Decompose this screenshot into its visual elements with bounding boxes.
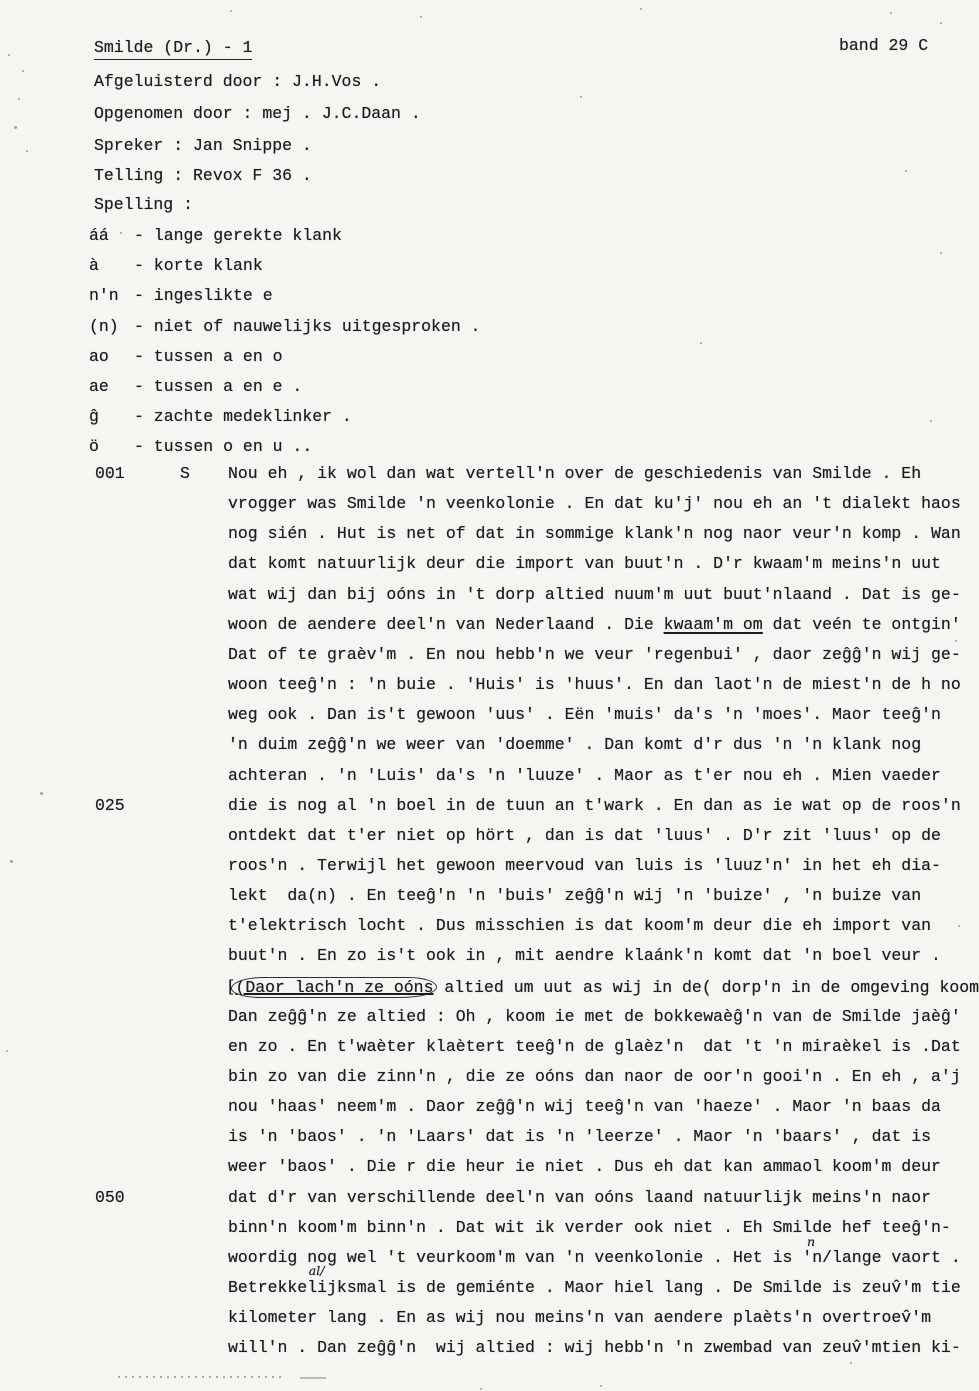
metadata-line: Opgenomen door : mej . J.C.Daan . xyxy=(94,104,421,123)
line-number: 025 xyxy=(95,796,125,815)
scan-speck xyxy=(10,860,13,863)
line-text-segment: Dat of te graèv'm . En nou hebb'n we veu… xyxy=(228,645,961,664)
transcript-line: woon teeĝ'n : 'n buie . 'Huis' is 'huus'… xyxy=(0,675,979,705)
line-text-segment: is 'n 'baos' . 'n 'Laars' dat is 'n 'lee… xyxy=(228,1127,931,1146)
line-text: t'elektrisch locht . Dus misschien is da… xyxy=(228,916,931,935)
scan-speck xyxy=(850,1362,852,1364)
legend-description: - korte klank xyxy=(134,256,263,275)
line-text: 'n duim zeĝĝ'n we weer van 'doemme' . Da… xyxy=(228,735,921,754)
transcript-line: t'elektrisch locht . Dus misschien is da… xyxy=(0,916,979,946)
line-text: dat komt natuurlijk deur die import van … xyxy=(228,554,941,573)
document-title: Smilde (Dr.) - 1 xyxy=(94,38,252,60)
band-label: band 29 C xyxy=(839,36,928,55)
line-text-segment: Nou eh , ik wol dan wat vertell'n over d… xyxy=(228,464,921,483)
scan-speck xyxy=(18,98,20,100)
transcript-line: Dan zeĝĝ'n ze altied : Oh , koom ie met … xyxy=(0,1007,979,1037)
transcript-line: nou 'haas' neem'm . Daor zeĝĝ'n wij teeĝ… xyxy=(0,1097,979,1127)
line-text-segment: die is nog al 'n boel in de tuun an t'wa… xyxy=(228,796,961,815)
transcript-line: weg ook . Dan is't gewoon 'uus' . Eën 'm… xyxy=(0,705,979,735)
scan-speck xyxy=(890,12,892,14)
transcript-line: vrogger was Smilde 'n veenkolonie . En d… xyxy=(0,494,979,524)
line-text: die is nog al 'n boel in de tuun an t'wa… xyxy=(228,796,961,815)
circled-phrase: (Daor lach'n ze oóns xyxy=(231,977,437,998)
line-text-segment: ontdekt dat t'er niet op hört , dan is d… xyxy=(228,826,941,845)
line-number: 001 xyxy=(95,464,125,483)
legend-row: (n)- niet of nauwelijks uitgesproken . xyxy=(0,317,979,347)
legend-description: - ingeslikte e xyxy=(134,286,273,305)
line-text-segment: 'n duim zeĝĝ'n we weer van 'doemme' . Da… xyxy=(228,735,921,754)
scan-speck xyxy=(955,640,957,642)
legend-symbol: à xyxy=(89,256,99,275)
metadata-line: Spelling : xyxy=(94,195,193,214)
transcript-line: wat wij dan bij oóns in 't dorp altied n… xyxy=(0,585,979,615)
line-text: woon teeĝ'n : 'n buie . 'Huis' is 'huus'… xyxy=(228,675,961,694)
transcript-line: dat komt natuurlijk deur die import van … xyxy=(0,554,979,584)
scan-speck xyxy=(640,8,642,10)
handwritten-insertion-note: n xyxy=(807,1234,815,1249)
metadata-line: Telling : Revox F 36 . xyxy=(94,166,312,185)
transcript-line: weer 'baos' . Die r die heur ie niet . D… xyxy=(0,1157,979,1187)
line-text: will'n . Dan zeĝĝ'n wij altied : wij heb… xyxy=(228,1338,961,1357)
scanned-document-page: Smilde (Dr.) - 1 band 29 C Afgeluisterd … xyxy=(0,0,979,1391)
legend-row: áá- lange gerekte klank xyxy=(0,226,979,256)
legend-row: ĝ- zachte medeklinker . xyxy=(0,407,979,437)
line-text: nog sién . Hut is net of dat in sommige … xyxy=(228,524,961,543)
legend-row: ö- tussen o en u .. xyxy=(0,437,979,467)
line-text: [(Daor lach'n ze oóns altied um uut as w… xyxy=(228,977,979,998)
line-text-segment: hef teeĝ'n- xyxy=(832,1218,951,1237)
scan-speck xyxy=(700,342,702,344)
line-text-segment: roos'n . Terwijl het gewoon meervoud van… xyxy=(228,856,941,875)
metadata-line: Afgeluisterd door : J.H.Vos . xyxy=(94,72,381,91)
line-text: woordig nog wel 't veurkoom'm van 'n vee… xyxy=(228,1248,961,1267)
line-text-segment: kilometer lang . En as wij nou meins'n v… xyxy=(228,1308,931,1327)
transcript-line: buut'n . En zo is't ook in , mit aendre … xyxy=(0,946,979,976)
transcript-line: ontdekt dat t'er niet op hört , dan is d… xyxy=(0,826,979,856)
transcript-line: 'n duim zeĝĝ'n we weer van 'doemme' . Da… xyxy=(0,735,979,765)
line-text: Dan zeĝĝ'n ze altied : Oh , koom ie met … xyxy=(228,1007,961,1026)
line-text: wat wij dan bij oóns in 't dorp altied n… xyxy=(228,585,961,604)
scan-speck xyxy=(40,792,43,795)
legend-description: - lange gerekte klank xyxy=(134,226,342,245)
scan-speck xyxy=(6,1050,8,1052)
transcript-line: Dat of te graèv'm . En nou hebb'n we veu… xyxy=(0,645,979,675)
line-text: buut'n . En zo is't ook in , mit aendre … xyxy=(228,946,941,965)
line-text-segment: woon teeĝ'n : 'n buie . 'Huis' is 'huus'… xyxy=(228,675,961,694)
scan-speck xyxy=(420,16,422,18)
scan-speck xyxy=(940,252,942,254)
transcript-line: 025die is nog al 'n boel in de tuun an t… xyxy=(0,796,979,826)
line-text: Nou eh , ik wol dan wat vertell'n over d… xyxy=(228,464,921,483)
line-text-segment: dat veén te ontgin' xyxy=(763,615,961,634)
line-text-segment: smal is de gemiénte . Maor hiel lang . D… xyxy=(347,1278,961,1297)
scan-noise-dash xyxy=(300,1377,326,1379)
line-text-segment: bin zo van die zinn'n , die ze oóns dan … xyxy=(228,1067,961,1086)
line-text-segment: dat komt natuurlijk deur die import van … xyxy=(228,554,941,573)
scan-speck xyxy=(26,150,28,152)
line-text: Betrekkelijkal/smal is de gemiénte . Mao… xyxy=(228,1278,961,1297)
transcript-line: bin zo van die zinn'n , die ze oóns dan … xyxy=(0,1067,979,1097)
line-text-segment: t'elektrisch locht . Dus misschien is da… xyxy=(228,916,931,935)
legend-description: - tussen a en o xyxy=(134,347,283,366)
line-text: is 'n 'baos' . 'n 'Laars' dat is 'n 'lee… xyxy=(228,1127,931,1146)
line-text-segment: achteran . 'n 'Luis' da's 'n 'luuze' . M… xyxy=(228,766,941,785)
line-text-segment: woordig nog wel 't veurkoom'm van 'n vee… xyxy=(228,1248,961,1267)
transcript-line: will'n . Dan zeĝĝ'n wij altied : wij heb… xyxy=(0,1338,979,1368)
scan-speck xyxy=(14,126,17,129)
transcript-line: 050dat d'r van verschillende deel'n van … xyxy=(0,1188,979,1218)
transcript-line: lekt da(n) . En teeĝ'n 'n 'buis' zeĝĝ'n … xyxy=(0,886,979,916)
scan-speck xyxy=(580,96,582,98)
transcript-line: achteran . 'n 'Luis' da's 'n 'luuze' . M… xyxy=(0,766,979,796)
line-text-segment: Dan zeĝĝ'n ze altied : Oh , koom ie met … xyxy=(228,1007,961,1026)
line-text-segment: weg ook . Dan is't gewoon 'uus' . Eën 'm… xyxy=(228,705,941,724)
line-text-segment: vrogger was Smilde 'n veenkolonie . En d… xyxy=(228,494,961,513)
line-text-segment: nog sién . Hut is net of dat in sommige … xyxy=(228,524,961,543)
transcript-line: en zo . En t'waèter klaètert teeĝ'n de g… xyxy=(0,1037,979,1067)
line-text-segment: Betrekkelijkal/ xyxy=(228,1278,347,1297)
line-text: weg ook . Dan is't gewoon 'uus' . Eën 'm… xyxy=(228,705,941,724)
legend-row: n'n- ingeslikte e xyxy=(0,286,979,316)
scan-speck xyxy=(120,232,122,234)
line-text: kilometer lang . En as wij nou meins'n v… xyxy=(228,1308,931,1327)
legend-row: ao- tussen a en o xyxy=(0,347,979,377)
scan-speck xyxy=(300,475,302,477)
legend-row: à- korte klank xyxy=(0,256,979,286)
transcript-line: nog sién . Hut is net of dat in sommige … xyxy=(0,524,979,554)
legend-row: ae- tussen a en e . xyxy=(0,377,979,407)
line-text: Dat of te graèv'm . En nou hebb'n we veu… xyxy=(228,645,961,664)
scan-speck xyxy=(480,1388,482,1390)
legend-symbol: (n) xyxy=(89,317,119,336)
line-text: ontdekt dat t'er niet op hört , dan is d… xyxy=(228,826,941,845)
scan-speck xyxy=(8,54,10,56)
line-text-segment: binn'n koom'm binn'n . Dat wit ik verder… xyxy=(228,1218,773,1237)
line-text-segment: altied um uut as wij in de( dorp'n in de… xyxy=(434,978,979,997)
transcript-line: woordig nog wel 't veurkoom'm van 'n vee… xyxy=(0,1248,979,1278)
line-text: binn'n koom'm binn'n . Dat wit ik verder… xyxy=(228,1218,951,1237)
line-text: en zo . En t'waèter klaètert teeĝ'n de g… xyxy=(228,1037,961,1056)
line-text: bin zo van die zinn'n , die ze oóns dan … xyxy=(228,1067,961,1086)
scan-speck xyxy=(230,10,232,12)
scan-speck xyxy=(930,420,932,422)
scan-speck xyxy=(600,1385,602,1387)
line-text: dat d'r van verschillende deel'n van oón… xyxy=(228,1188,931,1207)
scan-noise-dots xyxy=(118,1376,283,1378)
line-text: vrogger was Smilde 'n veenkolonie . En d… xyxy=(228,494,961,513)
scan-speck xyxy=(22,70,24,72)
legend-symbol: ae xyxy=(89,377,109,396)
line-number: 050 xyxy=(95,1188,125,1207)
legend-symbol: áá xyxy=(89,226,109,245)
transcript-line: is 'n 'baos' . 'n 'Laars' dat is 'n 'lee… xyxy=(0,1127,979,1157)
line-text-segment: en zo . En t'waèter klaètert teeĝ'n de g… xyxy=(228,1037,961,1056)
metadata-line: Spreker : Jan Snippe . xyxy=(94,136,312,155)
legend-description: - tussen a en e . xyxy=(134,377,302,396)
line-text-segment: wat wij dan bij oóns in 't dorp altied n… xyxy=(228,585,961,604)
line-text: roos'n . Terwijl het gewoon meervoud van… xyxy=(228,856,941,875)
line-text: nou 'haas' neem'm . Daor zeĝĝ'n wij teeĝ… xyxy=(228,1097,941,1116)
legend-symbol: n'n xyxy=(89,286,119,305)
transcript-line: Betrekkelijkal/smal is de gemiénte . Mao… xyxy=(0,1278,979,1308)
line-text-segment: will'n . Dan zeĝĝ'n wij altied : wij heb… xyxy=(228,1338,961,1357)
line-text: lekt da(n) . En teeĝ'n 'n 'buis' zeĝĝ'n … xyxy=(228,886,921,905)
handwritten-correction-note: al/ xyxy=(309,1263,325,1278)
transcript-line: [(Daor lach'n ze oóns altied um uut as w… xyxy=(0,977,979,1007)
transcript-line: kilometer lang . En as wij nou meins'n v… xyxy=(0,1308,979,1338)
legend-symbol: ao xyxy=(89,347,109,366)
speaker-label: S xyxy=(180,464,190,483)
underline-tied-phrase: kwaam'm om xyxy=(664,615,763,634)
scan-speck xyxy=(940,22,942,24)
legend-symbol: ĝ xyxy=(89,407,99,426)
line-text: achteran . 'n 'Luis' da's 'n 'luuze' . M… xyxy=(228,766,941,785)
line-text-segment: weer 'baos' . Die r die heur ie niet . D… xyxy=(228,1157,941,1176)
line-text-segment: buut'n . En zo is't ook in , mit aendre … xyxy=(228,946,941,965)
transcript-line: roos'n . Terwijl het gewoon meervoud van… xyxy=(0,856,979,886)
scan-speck xyxy=(905,170,907,172)
legend-description: - niet of nauwelijks uitgesproken . xyxy=(134,317,481,336)
scan-speck xyxy=(958,925,960,927)
line-text-segment: woon de aendere deel'n van Nederlaand . … xyxy=(228,615,664,634)
legend-symbol: ö xyxy=(89,437,99,456)
legend-description: - tussen o en u .. xyxy=(134,437,312,456)
line-text-segment: nou 'haas' neem'm . Daor zeĝĝ'n wij teeĝ… xyxy=(228,1097,941,1116)
legend-description: - zachte medeklinker . xyxy=(134,407,352,426)
transcript-line: binn'n koom'm binn'n . Dat wit ik verder… xyxy=(0,1218,979,1248)
line-text: woon de aendere deel'n van Nederlaand . … xyxy=(228,615,961,634)
transcript-line: 001SNou eh , ik wol dan wat vertell'n ov… xyxy=(0,464,979,494)
line-text-segment: Smilden xyxy=(773,1218,832,1237)
line-text-segment: dat d'r van verschillende deel'n van oón… xyxy=(228,1188,931,1207)
line-text-segment: lekt da(n) . En teeĝ'n 'n 'buis' zeĝĝ'n … xyxy=(228,886,921,905)
line-text: weer 'baos' . Die r die heur ie niet . D… xyxy=(228,1157,941,1176)
transcript-line: woon de aendere deel'n van Nederlaand . … xyxy=(0,615,979,645)
